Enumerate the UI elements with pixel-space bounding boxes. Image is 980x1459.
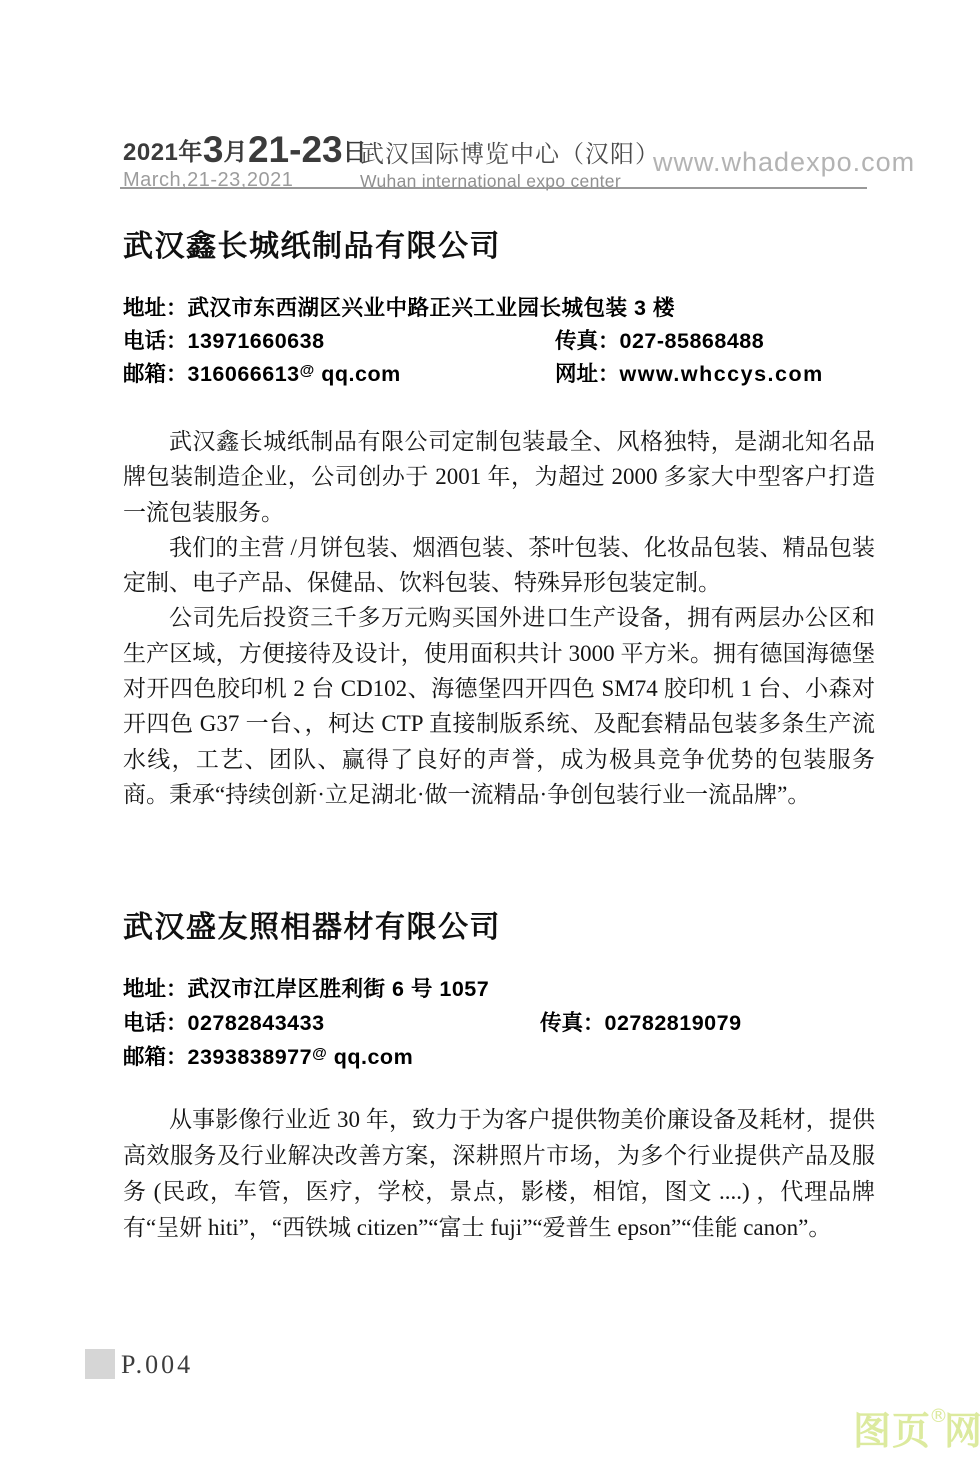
at-sign: @ bbox=[300, 362, 315, 379]
company2-email-row: 邮箱：2393838977@qq.com bbox=[123, 1040, 413, 1071]
email-label: 邮箱： bbox=[123, 362, 188, 386]
company2-paragraph-1: 从事影像行业近 30 年，致力于为客户提供物美价廉设备及耗材，提供高效服务及行业… bbox=[123, 1102, 875, 1246]
company1-address-row: 地址：武汉市东西湖区兴业中路正兴工业园长城包装 3 楼 bbox=[123, 291, 675, 322]
company1-paragraph-1: 武汉鑫长城纸制品有限公司定制包装最全、风格独特，是湖北知名品牌包装制造企业，公司… bbox=[123, 424, 875, 530]
catalog-page: 2021年3月21-23日 March,21-23,2021 武汉国际博览中心（… bbox=[0, 0, 980, 1459]
date-month-number: 3 bbox=[203, 129, 224, 170]
company1-email-domain: qq.com bbox=[321, 362, 400, 386]
event-venue: 武汉国际博览中心（汉阳） Wuhan international expo ce… bbox=[360, 134, 660, 192]
address-label: 地址： bbox=[123, 296, 188, 320]
phone-label: 电话： bbox=[123, 329, 188, 353]
company1-web-row: 网址：www.whccys.com bbox=[555, 357, 824, 388]
address-label: 地址： bbox=[123, 977, 188, 1001]
page-number: P.004 bbox=[121, 1350, 193, 1380]
date-month-char: 月 bbox=[223, 139, 248, 166]
company1-website: www.whccys.com bbox=[620, 362, 824, 386]
company1-email-row: 邮箱：316066613@qq.com bbox=[123, 357, 401, 388]
expo-website-url: www.whadexpo.com bbox=[653, 147, 915, 178]
date-year: 2021年 bbox=[123, 139, 203, 166]
company1-email-user: 316066613 bbox=[188, 362, 300, 386]
event-date-cn: 2021年3月21-23日 bbox=[123, 131, 367, 168]
watermark-text-left: 图页 bbox=[853, 1409, 931, 1453]
company2-description: 从事影像行业近 30 年，致力于为客户提供物美价廉设备及耗材，提供高效服务及行业… bbox=[123, 1102, 875, 1246]
company1-paragraph-2: 我们的主营 /月饼包装、烟酒包装、茶叶包装、化妆品包装、精品包装定制、电子产品、… bbox=[123, 530, 875, 601]
company2-email-domain: qq.com bbox=[334, 1045, 413, 1069]
company1-address: 武汉市东西湖区兴业中路正兴工业园长城包装 3 楼 bbox=[188, 296, 675, 320]
date-days: 21-23 bbox=[248, 129, 343, 170]
header-divider bbox=[120, 187, 867, 189]
venue-name-cn: 武汉国际博览中心（汉阳） bbox=[360, 134, 660, 169]
company1-fax: 027-85868488 bbox=[620, 329, 765, 353]
email-label: 邮箱： bbox=[123, 1045, 188, 1069]
company1-phone-row: 电话：13971660638 bbox=[123, 324, 325, 355]
at-sign: @ bbox=[312, 1045, 327, 1062]
page-number-square bbox=[85, 1349, 115, 1379]
company2-name: 武汉盛友照相器材有限公司 bbox=[123, 902, 501, 946]
phone-label: 电话： bbox=[123, 1011, 188, 1035]
fax-label: 传真： bbox=[555, 329, 620, 353]
company2-email-user: 2393838977 bbox=[188, 1045, 313, 1069]
company1-name: 武汉鑫长城纸制品有限公司 bbox=[123, 221, 501, 265]
company1-phone: 13971660638 bbox=[188, 329, 325, 353]
watermark-text-right: 网 bbox=[944, 1409, 980, 1453]
company2-phone-row: 电话：02782843433 bbox=[123, 1006, 325, 1037]
company2-fax: 02782819079 bbox=[605, 1011, 742, 1035]
fax-label: 传真： bbox=[540, 1011, 605, 1035]
company2-fax-row: 传真：02782819079 bbox=[540, 1006, 742, 1037]
company2-address: 武汉市江岸区胜利街 6 号 1057 bbox=[188, 977, 490, 1001]
company1-fax-row: 传真：027-85868488 bbox=[555, 324, 764, 355]
company1-paragraph-3: 公司先后投资三千多万元购买国外进口生产设备，拥有两层办公区和生产区域，方便接待及… bbox=[123, 600, 875, 812]
company2-address-row: 地址：武汉市江岸区胜利街 6 号 1057 bbox=[123, 972, 489, 1003]
company1-description: 武汉鑫长城纸制品有限公司定制包装最全、风格独特，是湖北知名品牌包装制造企业，公司… bbox=[123, 424, 875, 812]
tuye-watermark: 图页®网 bbox=[853, 1407, 980, 1450]
web-label: 网址： bbox=[555, 362, 620, 386]
company2-phone: 02782843433 bbox=[188, 1011, 325, 1035]
event-date: 2021年3月21-23日 March,21-23,2021 bbox=[123, 131, 367, 192]
